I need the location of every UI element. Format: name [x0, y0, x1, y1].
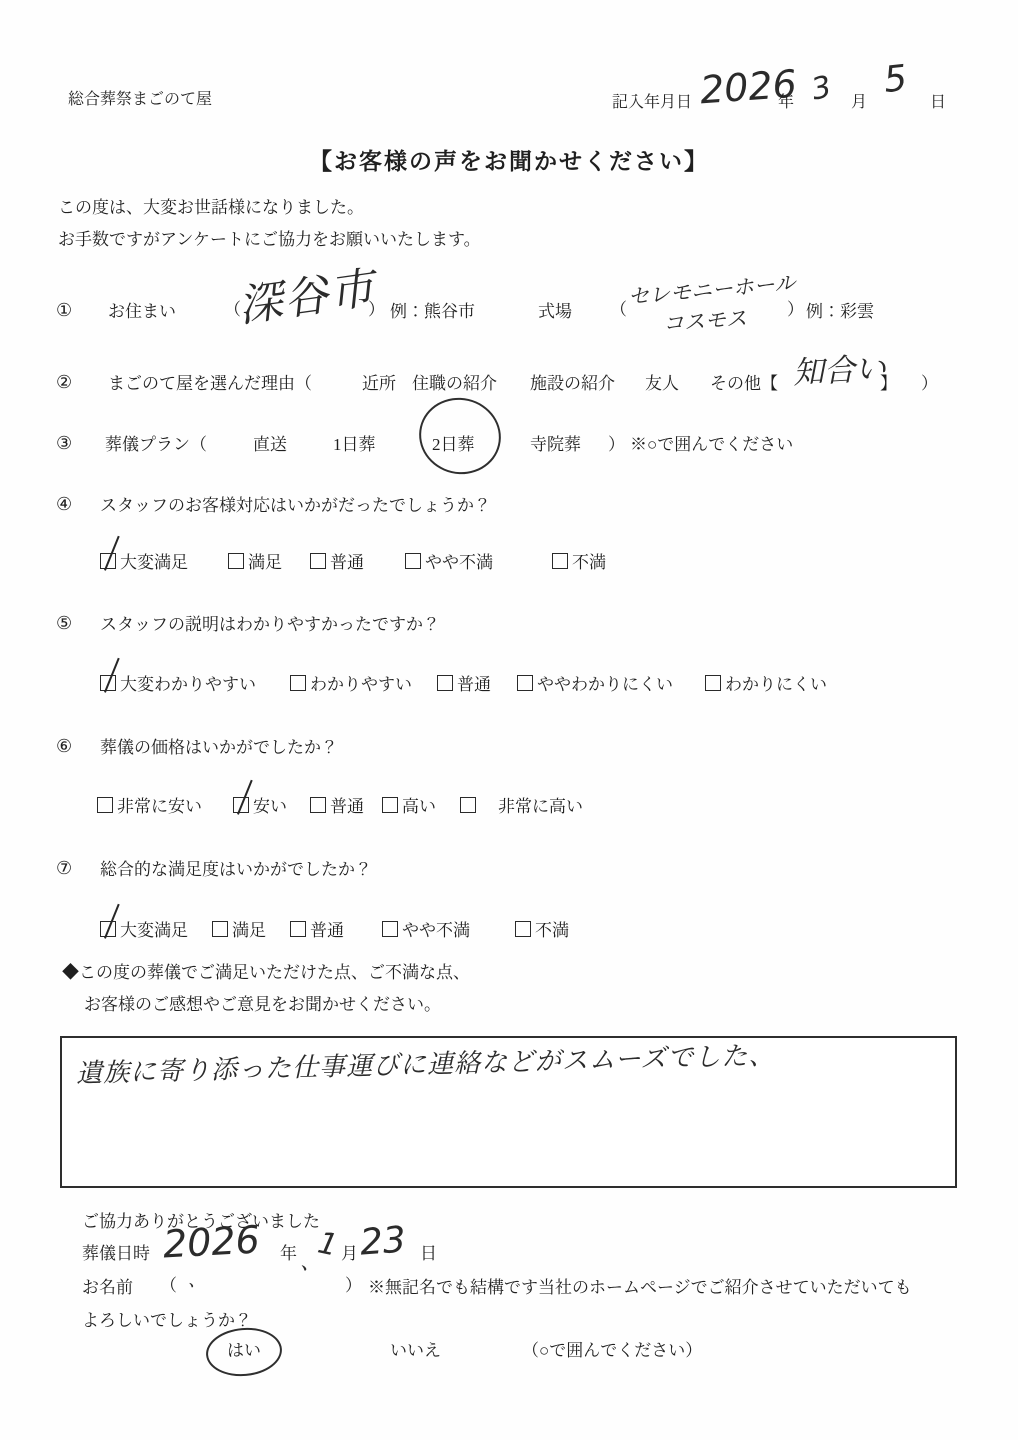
check-mark	[104, 535, 120, 570]
name-label: お名前	[82, 1277, 133, 1298]
anonymous-note: ※無記名でも結構です当社のホームページでご紹介させていただいても	[368, 1277, 912, 1298]
q2-number: ②	[56, 372, 72, 393]
option-label: 普通	[310, 916, 344, 941]
checkbox-icon	[405, 553, 421, 569]
q6-option-yasui: 安い	[233, 792, 287, 817]
checkbox-icon	[382, 797, 398, 813]
q7-option-yayafuman: やや不満	[382, 916, 470, 941]
funeral-date-month-suffix: 月	[341, 1243, 358, 1264]
q6-option-hijoni-yasui: 非常に安い	[97, 792, 202, 817]
check-mark	[237, 779, 253, 814]
option-label: 不満	[535, 916, 569, 941]
q7-number: ⑦	[56, 858, 72, 879]
checkbox-icon	[515, 921, 531, 937]
checkbox-icon	[552, 553, 568, 569]
q7-option-futsu: 普通	[290, 916, 344, 941]
page-title: 【お客様の声をお聞かせください】	[0, 143, 1018, 176]
option-label: 満足	[248, 548, 282, 573]
option-label: 普通	[330, 548, 364, 573]
name-paren-open: （	[160, 1275, 177, 1296]
checkbox-icon	[290, 921, 306, 937]
checkbox-checked-icon	[100, 921, 116, 937]
option-label: 非常に安い	[117, 792, 202, 817]
funeral-date-year-suffix: 年	[280, 1243, 297, 1264]
intro-line-2: お手数ですがアンケートにご協力をお願いいたします。	[58, 229, 481, 250]
q3-option-chokuso: 直送	[253, 434, 287, 455]
q6-option-takai: 高い	[382, 792, 436, 817]
q2-option-yujin: 友人	[645, 373, 679, 394]
circle-annotation-2nichiso	[412, 390, 509, 482]
q4-option-fuman: 不満	[552, 548, 606, 573]
q4-option-manzoku: 満足	[228, 548, 282, 573]
checkbox-icon	[228, 553, 244, 569]
q4-number: ④	[56, 494, 72, 515]
checkbox-icon	[382, 921, 398, 937]
circle-instruction: （○で囲んでください）	[522, 1340, 702, 1361]
q5-option-daihen-wakariyasui: 大変わかりやすい	[100, 670, 256, 695]
q7-question: 総合的な満足度はいかがでしたか？	[100, 859, 372, 880]
checkbox-icon	[705, 675, 721, 691]
checkbox-icon	[460, 797, 476, 813]
q1-residence-handwriting: 深谷市	[236, 267, 379, 330]
checkbox-icon	[97, 797, 113, 813]
q1-label: お住まい	[108, 301, 176, 322]
checkbox-checked-icon	[100, 675, 116, 691]
option-label: 高い	[402, 792, 436, 817]
q3-option-1nichi: 1日葬	[333, 434, 376, 455]
intro-line-1: この度は、大変お世話様になりました。	[58, 197, 364, 218]
q5-number: ⑤	[56, 613, 72, 634]
funeral-date-day-suffix: 日	[420, 1243, 437, 1264]
q3-paren-close: ）	[608, 434, 625, 455]
option-label: 安い	[253, 792, 287, 817]
q1-paren-close: ）	[368, 299, 385, 320]
q3-label: 葬儀プラン（	[105, 434, 207, 455]
option-label: わかりやすい	[310, 670, 412, 695]
q2-label: まごのて屋を選んだ理由（	[108, 373, 312, 394]
q1-residence-example: 例：熊谷市	[390, 301, 475, 322]
q2-other-label: その他【	[710, 373, 778, 394]
q1-venue-label: 式場	[538, 301, 572, 322]
option-label: ややわかりにくい	[537, 670, 673, 695]
option-label: 大変満足	[120, 548, 188, 573]
q6-number: ⑥	[56, 736, 72, 757]
publish-question: よろしいでしょうか？	[82, 1310, 252, 1331]
fill-date-month-handwriting: 3	[809, 72, 834, 105]
option-label: 不満	[572, 548, 606, 573]
option-label: わかりにくい	[725, 670, 827, 695]
q2-option-kinjo: 近所	[362, 373, 396, 394]
option-label: やや不満	[425, 548, 493, 573]
q3-option-jiin: 寺院葬	[530, 434, 581, 455]
q5-option-futsu: 普通	[437, 670, 491, 695]
q3-circle-note: ※○で囲んでください	[630, 434, 793, 455]
q3-number: ③	[56, 433, 72, 454]
q1-venue-handwriting-line1: セレモニーホール	[627, 273, 796, 309]
option-label: やや不満	[402, 916, 470, 941]
comment-prompt-line2: お客様のご感想やご意見をお聞かせください。	[84, 994, 441, 1015]
name-mark-handwriting: 、	[188, 1272, 206, 1290]
circle-annotation-yes	[204, 1325, 284, 1379]
option-label: 普通	[457, 670, 491, 695]
q2-bracket-close: 】	[880, 373, 897, 394]
checkbox-icon	[212, 921, 228, 937]
name-paren-close: ）	[345, 1275, 362, 1296]
q5-option-wakariyasui: わかりやすい	[290, 670, 412, 695]
q1-number: ①	[56, 300, 72, 321]
q1-venue-paren-close: ）	[787, 299, 804, 320]
checkbox-icon	[290, 675, 306, 691]
option-label: 大変わかりやすい	[120, 670, 256, 695]
q2-paren-close: ）	[921, 373, 938, 394]
q4-option-daihenmanzoku: 大変満足	[100, 548, 188, 573]
check-mark	[104, 903, 120, 938]
checkbox-checked-icon	[233, 797, 249, 813]
q5-question: スタッフの説明はわかりやすかったですか？	[100, 614, 440, 635]
funeral-date-year-handwriting: 2026	[162, 1220, 261, 1263]
q2-option-jushoku: 住職の紹介	[412, 373, 497, 394]
company-name: 総合葬祭まごのて屋	[68, 86, 212, 109]
checkbox-icon	[310, 797, 326, 813]
funeral-date-month-handwriting: 1	[315, 1228, 340, 1261]
fill-date-label: 記入年月日	[612, 89, 692, 112]
q1-venue-paren-open: （	[610, 299, 627, 320]
q7-option-fuman: 不満	[515, 916, 569, 941]
q6-option-futsu: 普通	[310, 792, 364, 817]
q5-option-wakarinikui: わかりにくい	[705, 670, 827, 695]
comment-prompt-line1: ◆この度の葬儀でご満足いただけた点、ご不満な点、	[62, 962, 470, 983]
q4-question: スタッフのお客様対応はいかがだったでしょうか？	[100, 495, 491, 516]
q1-venue-handwriting-line2: コスモス	[662, 308, 747, 335]
checkbox-icon	[437, 675, 453, 691]
fill-date-day-suffix: 日	[930, 89, 946, 112]
checkbox-checked-icon	[100, 553, 116, 569]
q6-option-hijoni-takai: 非常に高い	[460, 792, 583, 817]
fill-date-year-suffix: 年	[778, 89, 794, 112]
q7-option-manzoku: 満足	[212, 916, 266, 941]
q7-option-daihenmanzoku: 大変満足	[100, 916, 188, 941]
option-label: 大変満足	[120, 916, 188, 941]
q4-option-yayafuman: やや不満	[405, 548, 493, 573]
option-label: 満足	[232, 916, 266, 941]
option-label: 普通	[330, 792, 364, 817]
q1-venue-example: 例：彩雲	[806, 301, 874, 322]
q6-question: 葬儀の価格はいかがでしたか？	[100, 737, 338, 758]
funeral-date-day-handwriting: 23	[359, 1222, 407, 1261]
q5-option-yaya-wakarinikui: ややわかりにくい	[517, 670, 673, 695]
answer-no: いいえ	[390, 1340, 441, 1361]
q4-option-futsu: 普通	[310, 548, 364, 573]
q2-option-shisetsu: 施設の紹介	[530, 373, 615, 394]
q2-other-handwriting: 知合い	[792, 354, 886, 390]
checkbox-icon	[517, 675, 533, 691]
funeral-date-label: 葬儀日時	[82, 1243, 150, 1264]
survey-form-page: 総合葬祭まごのて屋 記入年月日 2026 年 3 月 5 日 【お客様の声をお聞…	[0, 0, 1018, 1440]
check-mark	[104, 657, 120, 692]
checkbox-icon	[310, 553, 326, 569]
fill-date-day-handwriting: 5	[882, 61, 909, 99]
fill-date-month-suffix: 月	[851, 89, 867, 112]
option-label: 非常に高い	[498, 792, 583, 817]
